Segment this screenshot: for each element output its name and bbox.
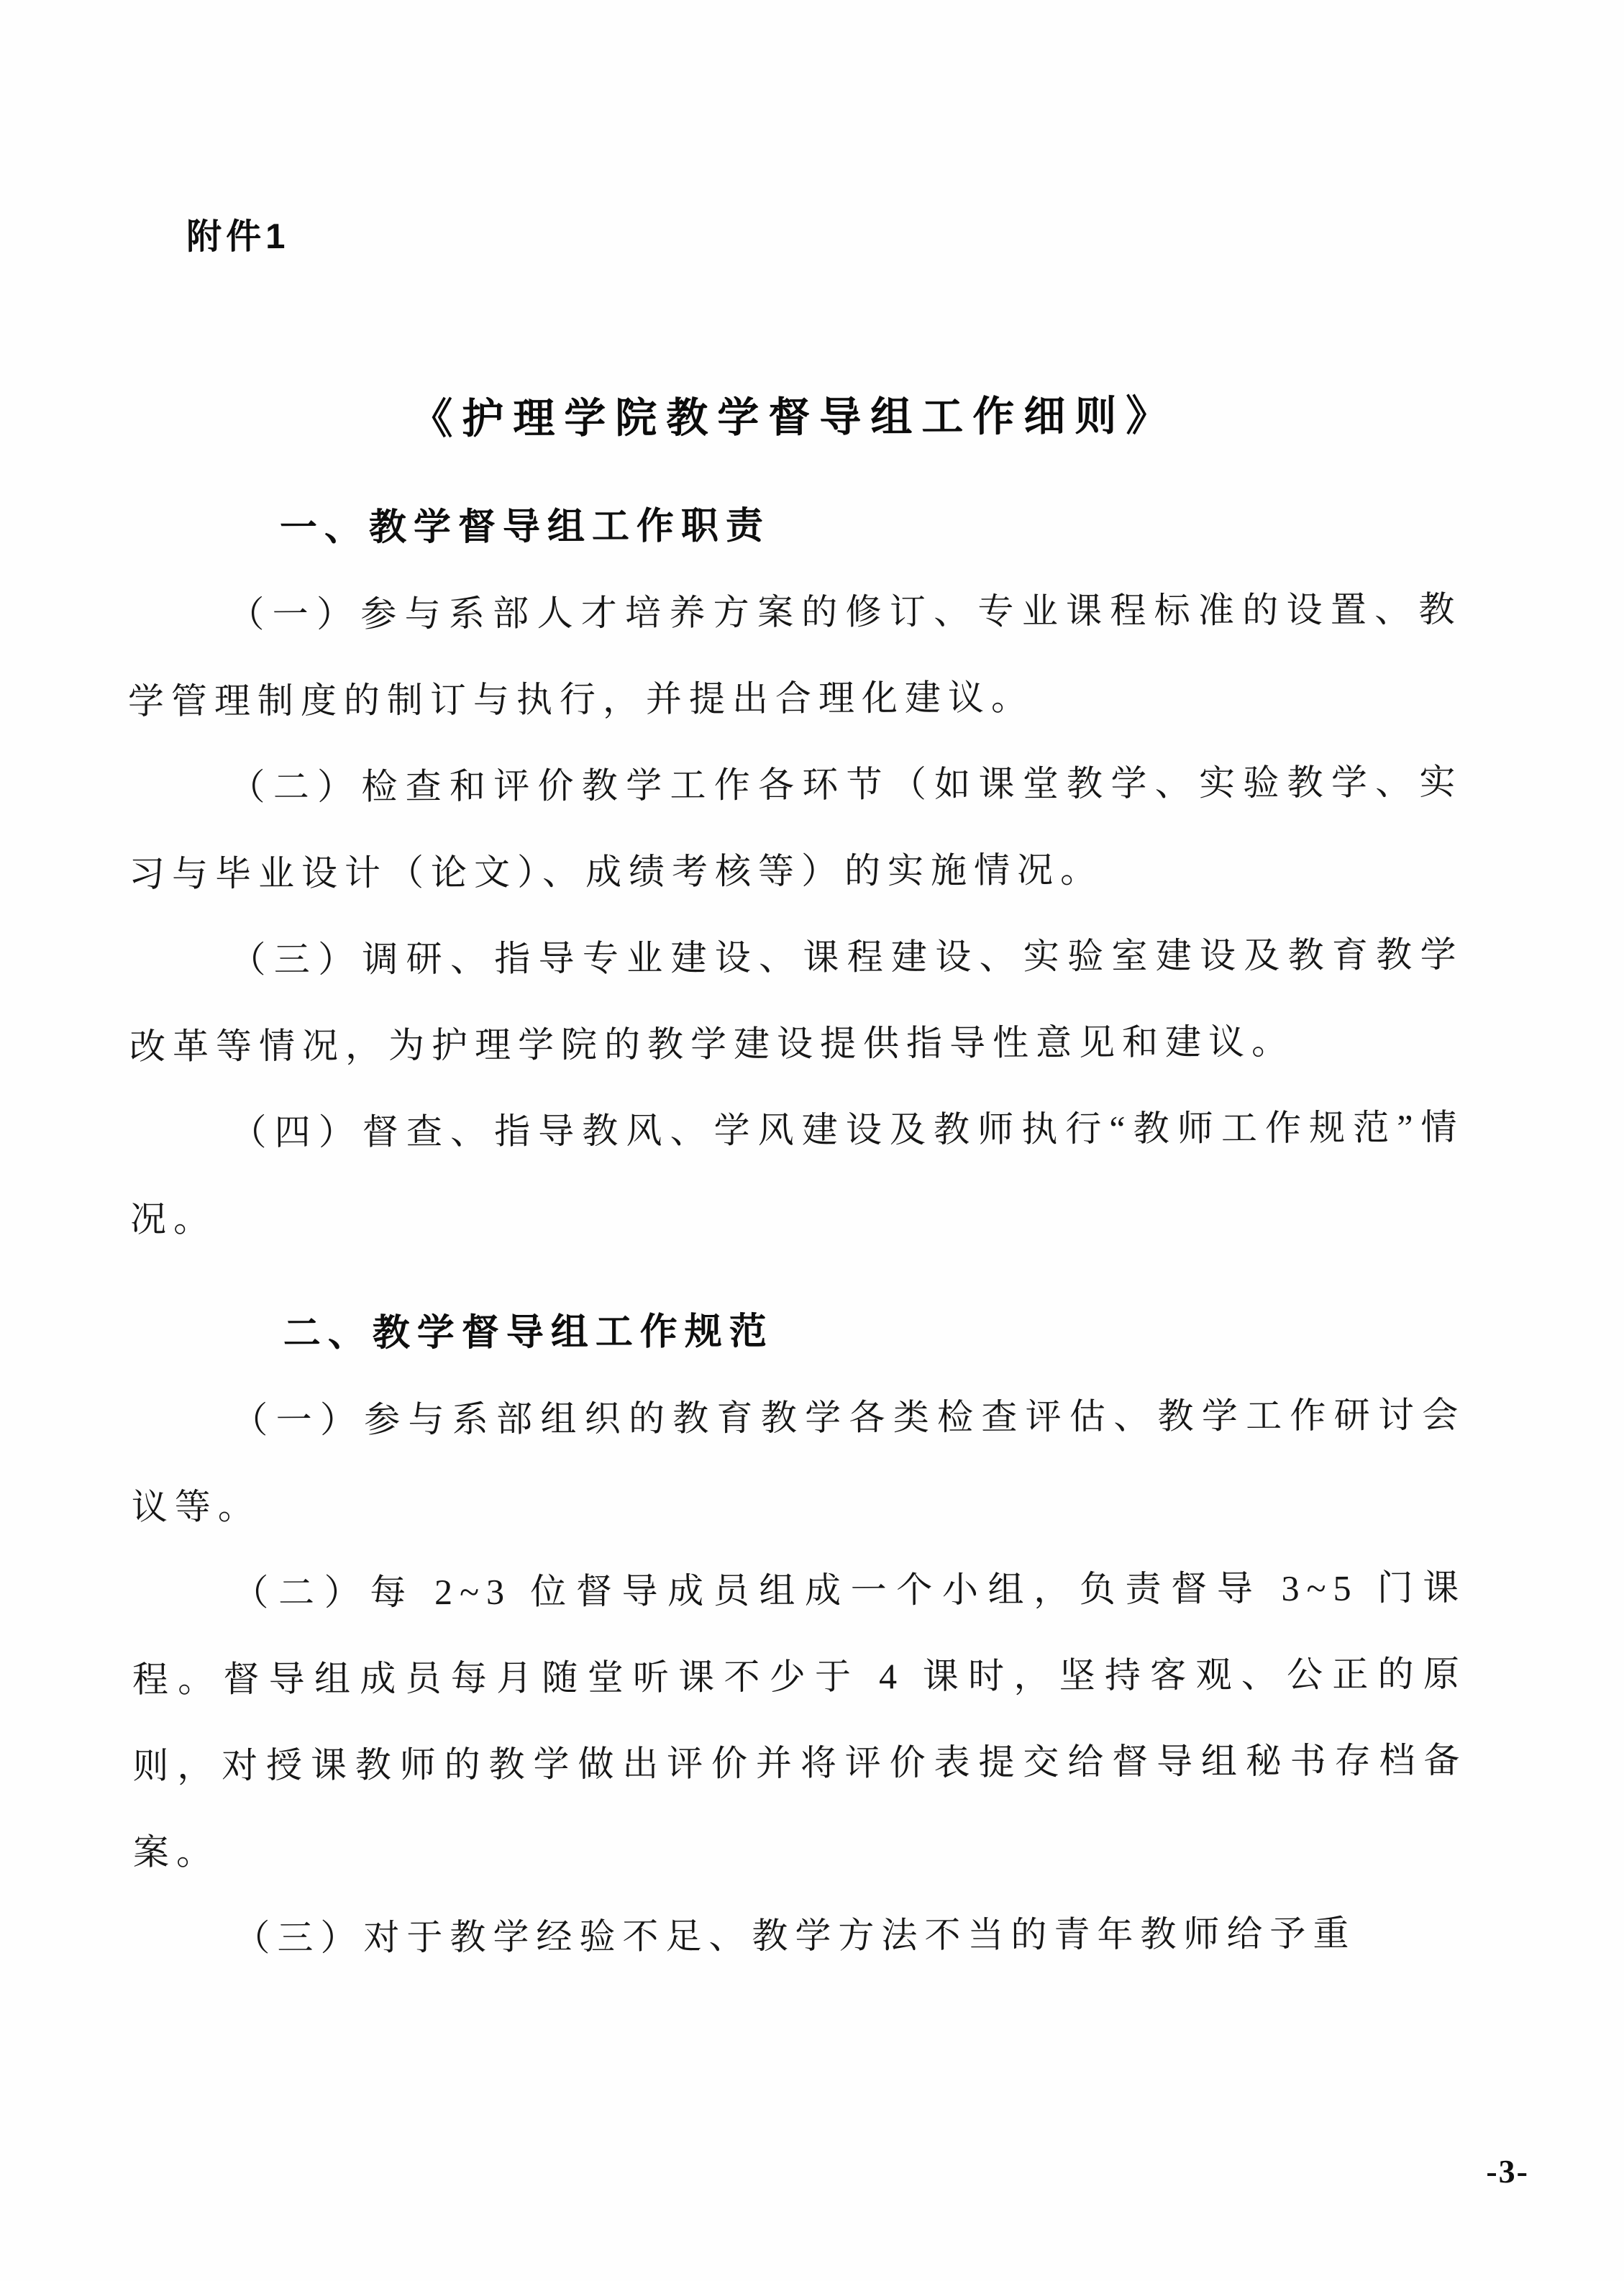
attachment-label: 附件1 xyxy=(186,206,1460,263)
paragraph: （二）每 2~3 位督导成员组成一个小组，负责督导 3~5 门课程。督导组成员每… xyxy=(132,1544,1467,1895)
section-heading-1: 一、教学督导组工作职责 xyxy=(280,480,1462,571)
document-content: 附件1 《护理学院教学督导组工作细则》 一、教学督导组工作职责 （一）参与系部人… xyxy=(126,206,1468,1982)
paragraph: （三）对于教学经验不足、教学方法不当的青年教师给予重 xyxy=(133,1890,1468,1982)
paragraph: （一）参与系部组织的教育教学各类检查评估、教学工作研讨会议等。 xyxy=(131,1372,1466,1550)
scanned-document-page: 附件1 《护理学院教学督导组工作细则》 一、教学督导组工作职责 （一）参与系部人… xyxy=(0,0,1624,2281)
document-title: 《护理学院教学督导组工作细则》 xyxy=(127,379,1461,457)
paragraph: （一）参与系部人才培养方案的修订、专业课程标准的设置、教学管理制度的制订与执行，… xyxy=(127,566,1462,745)
page-number: -3- xyxy=(1486,2152,1529,2190)
paragraph: （二）检查和评价教学工作各环节（如课堂教学、实验教学、实习与毕业设计（论文）、成… xyxy=(128,739,1463,917)
paragraph: （三）调研、指导专业建设、课程建设、实验室建设及教育教学改革等情况，为护理学院的… xyxy=(129,911,1464,1090)
paragraph: （四）督查、指导教风、学风建设及教师执行“教师工作规范”情况。 xyxy=(129,1084,1464,1262)
section-heading-2: 二、教学督导组工作规范 xyxy=(283,1285,1466,1377)
